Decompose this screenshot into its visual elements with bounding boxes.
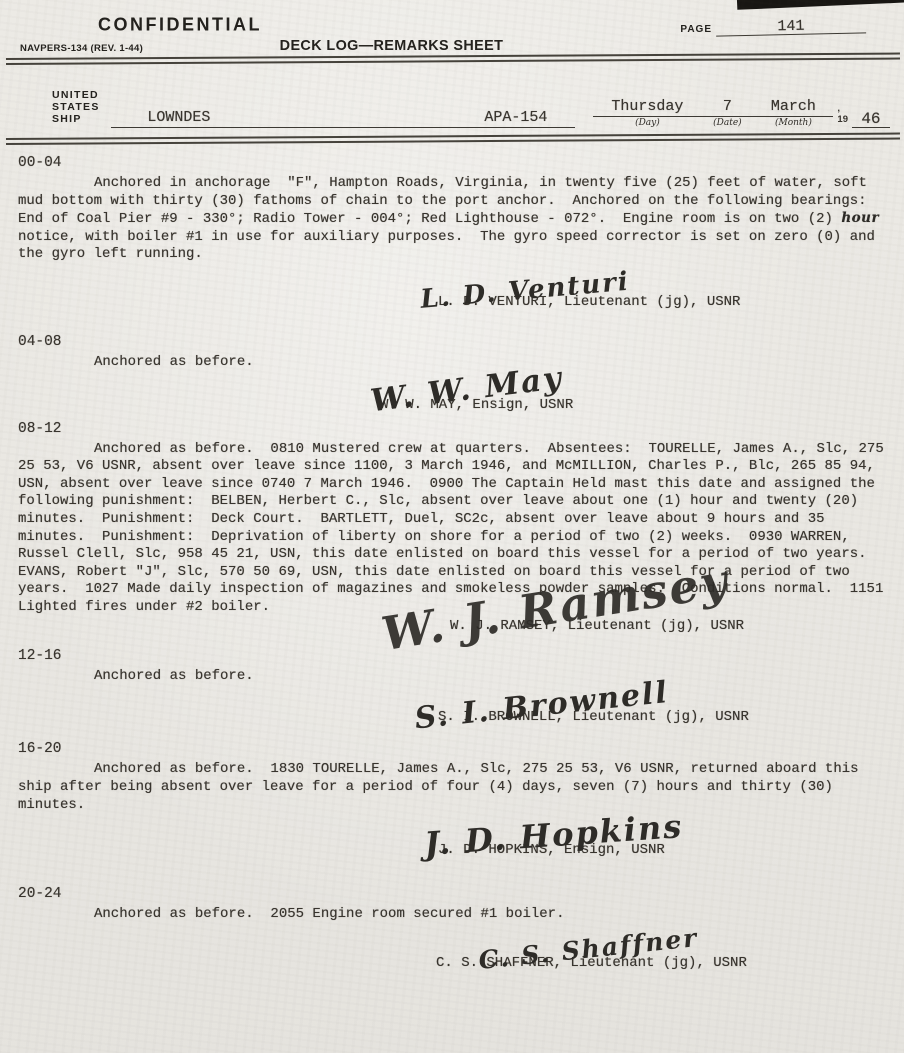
signature-block: C. S. Shaffner C. S. SHAFFNER, Lieutenan… <box>436 935 747 971</box>
deck-log-page: CONFIDENTIAL PAGE 141 NAVPERS-134 (REV. … <box>0 0 904 1053</box>
year-value: 46 <box>852 112 890 128</box>
log-entry-0408: 04-08 Anchored as before. W. W. May W. W… <box>18 334 890 413</box>
log-entry-0812: 08-12 Anchored as before. 0810 Mustered … <box>18 421 890 635</box>
page-label: PAGE <box>680 24 712 35</box>
form-number: NAVPERS-134 (REV. 1-44) <box>20 43 275 54</box>
watch-period-label: 16-20 <box>18 741 890 757</box>
log-entry-1620: 16-20 Anchored as before. 1830 TOURELLE,… <box>18 741 890 857</box>
entry-text: Anchored as before. 1830 TOURELLE, James… <box>18 761 890 814</box>
page-number-value: 141 <box>716 18 866 36</box>
date-group: Thursday 7 March (Day) (Date) (Month) <box>593 98 833 128</box>
watch-period-label: 04-08 <box>18 334 890 350</box>
signature-block: J. D. Hopkins J. D. HOPKINS, Ensign, USN… <box>438 820 683 857</box>
date-field-label: (Date) <box>701 118 753 128</box>
date-field-labels: (Day) (Date) (Month) <box>593 117 833 128</box>
page-number-group: PAGE 141 <box>680 20 866 35</box>
ship-name-line: LOWNDES APA-154 <box>111 109 575 128</box>
month-field-label: (Month) <box>753 118 833 128</box>
divider-rule-bottom <box>6 133 900 145</box>
log-entry-0004: 00-04 Anchored in anchorage "F", Hampton… <box>18 155 890 310</box>
ship-label: UNITED STATES SHIP <box>52 89 111 128</box>
signature-block: S. I. Brownell S. I. BROWNELL, Lieutenan… <box>438 688 749 726</box>
date-number-value: 7 <box>701 98 753 115</box>
watch-period-label: 12-16 <box>18 648 890 664</box>
signature-block: L. D. Venturi L. D. VENTURI, Lieutenant … <box>438 274 740 310</box>
year-prefix-label: , 19 <box>837 103 851 128</box>
day-field-label: (Day) <box>593 118 701 128</box>
signature-block: W. J. Ramsey W. J. RAMSEY, Lieutenant (j… <box>450 585 744 635</box>
log-entries: 00-04 Anchored in anchorage "F", Hampton… <box>0 145 904 971</box>
ship-name: LOWNDES <box>147 109 210 126</box>
date-values: Thursday 7 March <box>593 98 833 117</box>
date-day-value: Thursday <box>593 98 701 115</box>
log-entry-1216: 12-16 Anchored as before. S. I. Brownell… <box>18 648 890 725</box>
document-title: DECK LOG—REMARKS SHEET <box>280 37 504 54</box>
classification-stamp: CONFIDENTIAL <box>98 13 262 35</box>
hull-number: APA-154 <box>484 109 547 126</box>
signature-block: W. W. May W. W. MAY, Ensign, USNR <box>380 375 573 412</box>
entry-text: Anchored in anchorage "F", Hampton Roads… <box>18 175 890 264</box>
watch-period-label: 20-24 <box>18 886 890 902</box>
date-month-value: March <box>753 98 833 115</box>
ship-date-row: UNITED STATES SHIP LOWNDES APA-154 Thurs… <box>0 65 904 128</box>
handwritten-note: hour <box>841 210 879 226</box>
entry-text: Anchored as before. <box>18 354 890 372</box>
entry-text-pre: Anchored in anchorage "F", Hampton Roads… <box>18 175 875 227</box>
watch-period-label: 00-04 <box>18 155 890 171</box>
log-entry-2024: 20-24 Anchored as before. 2055 Engine ro… <box>18 886 890 971</box>
watch-period-label: 08-12 <box>18 421 890 437</box>
entry-text: Anchored as before. <box>18 668 890 686</box>
entry-text: Anchored as before. 2055 Engine room sec… <box>18 906 890 924</box>
year-group: , 19 46 <box>837 103 890 128</box>
